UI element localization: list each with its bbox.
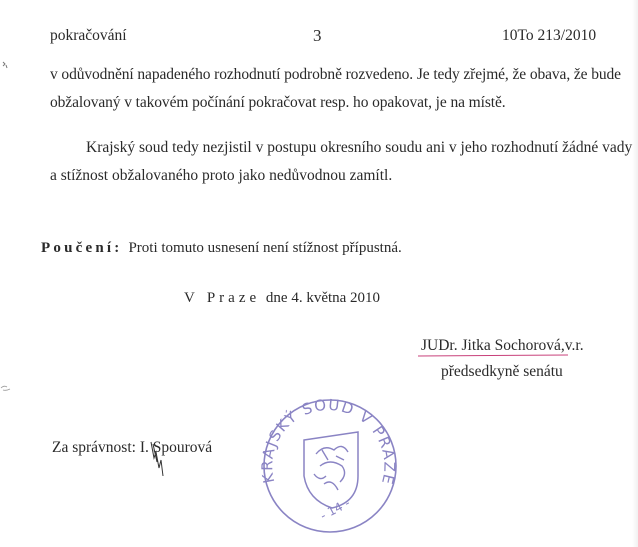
stamp-number: - 14 -	[318, 496, 352, 523]
paragraph-2-line-1: Krajský soud tedy nezjistil v postupu ok…	[86, 139, 632, 157]
date-line: VPraze dne 4. května 2010	[184, 289, 380, 307]
margin-mark-icon	[0, 60, 10, 70]
handwritten-signature-icon	[148, 438, 166, 478]
signatory-role: předsedkyně senátu	[441, 363, 563, 381]
court-stamp-icon: KRAJSKÝ SOUD V PRAZE - 14 -	[254, 394, 402, 536]
stamp-text: KRAJSKÝ SOUD V PRAZE	[258, 396, 398, 488]
paragraph-1-line-2: obžalovaný v takovém počínání pokračovat…	[50, 94, 506, 112]
case-number: 10To 213/2010	[502, 27, 596, 45]
paragraph-1-line-1: v odůvodnění napadeného rozhodnutí podro…	[50, 66, 621, 84]
page-number: 3	[313, 27, 322, 45]
date-city: Praze	[207, 290, 260, 306]
signatory-name: JUDr. Jitka Sochorová,v.r.	[421, 337, 584, 355]
instruction-label: Poučení:	[41, 240, 122, 256]
date-text: dne 4. května 2010	[266, 290, 380, 306]
margin-scribble-icon	[0, 384, 14, 392]
instruction-line: Poučení:Proti tomuto usnesení není stížn…	[41, 239, 402, 257]
document-page: pokračování 3 10To 213/2010 v odůvodnění…	[0, 0, 638, 547]
certified-correct-line: Za správnost: I. Spourová	[52, 439, 212, 457]
paragraph-2-line-2: a stížnost obžalovaného proto jako nedův…	[50, 167, 392, 185]
svg-text:KRAJSKÝ SOUD V PRAZE: KRAJSKÝ SOUD V PRAZE	[258, 396, 398, 488]
instruction-text: Proti tomuto usnesení není stížnost příp…	[128, 240, 401, 256]
signature-underline	[418, 354, 568, 356]
header-continuation: pokračování	[50, 27, 127, 45]
date-v: V	[184, 290, 195, 306]
page-edge-shadow	[632, 0, 638, 547]
